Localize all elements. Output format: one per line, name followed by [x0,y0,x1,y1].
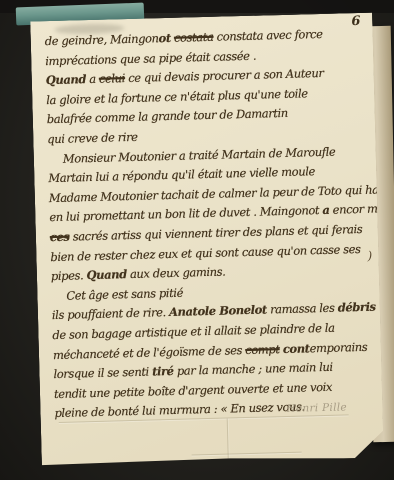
text-segment: ce qui devais procurer a son Auteur [125,66,324,85]
text-segment: débris [338,300,376,315]
struck-text: compt [245,342,280,357]
struck-text: ces [50,230,70,245]
fold-crease-vertical [227,419,230,477]
text-segment: pipes. [51,268,87,283]
text-segment: ramassa les [267,301,338,317]
text-segment: cont [283,341,310,356]
struck-text: costata [174,30,214,45]
pencil-signature: Henri Pille [286,401,347,415]
struck-text: celui [99,71,125,86]
text-segment: ils pouffaient de rire. [52,305,169,322]
manuscript-photo: 6 de geindre, Maingonot costata constata… [0,0,394,480]
text-segment: Quand [46,72,87,87]
stray-ink-mark: ) [367,249,372,263]
text-segment: qui creve de rire [47,130,138,146]
text-segment: lorsque il se senti [53,365,152,382]
text-segment: Anatole Bonelot [169,303,267,320]
text-segment: ot [158,31,171,45]
text-segment: méchanceté et de l'égoïsme de ses [53,343,246,362]
text-segment: a [86,72,99,86]
text-segment: Quand [86,267,127,282]
text-segment: tiré [152,364,174,379]
text-segment: par la manche ; une main lui [173,360,332,378]
text-segment: Cet âge est sans pitié [66,285,183,302]
text-segment: emporains [309,339,367,355]
manuscript-text: de geindre, Maingonot costata constata a… [45,24,379,424]
text-segment: constata avec force [213,27,322,44]
text-segment: Martain lui a répondu qu'il était une vi… [48,164,315,185]
manuscript-page: 6 de geindre, Maingonot costata constata… [30,13,384,467]
text-segment: balafrée comme la grande tour de Damarti… [47,106,288,126]
text-segment: aux deux gamins. [127,265,226,282]
text-segment: imprécations que sa pipe était cassée . [45,48,256,68]
fold-crease-horizontal-short [192,452,302,456]
text-segment: de geindre, Maingon [45,31,159,48]
